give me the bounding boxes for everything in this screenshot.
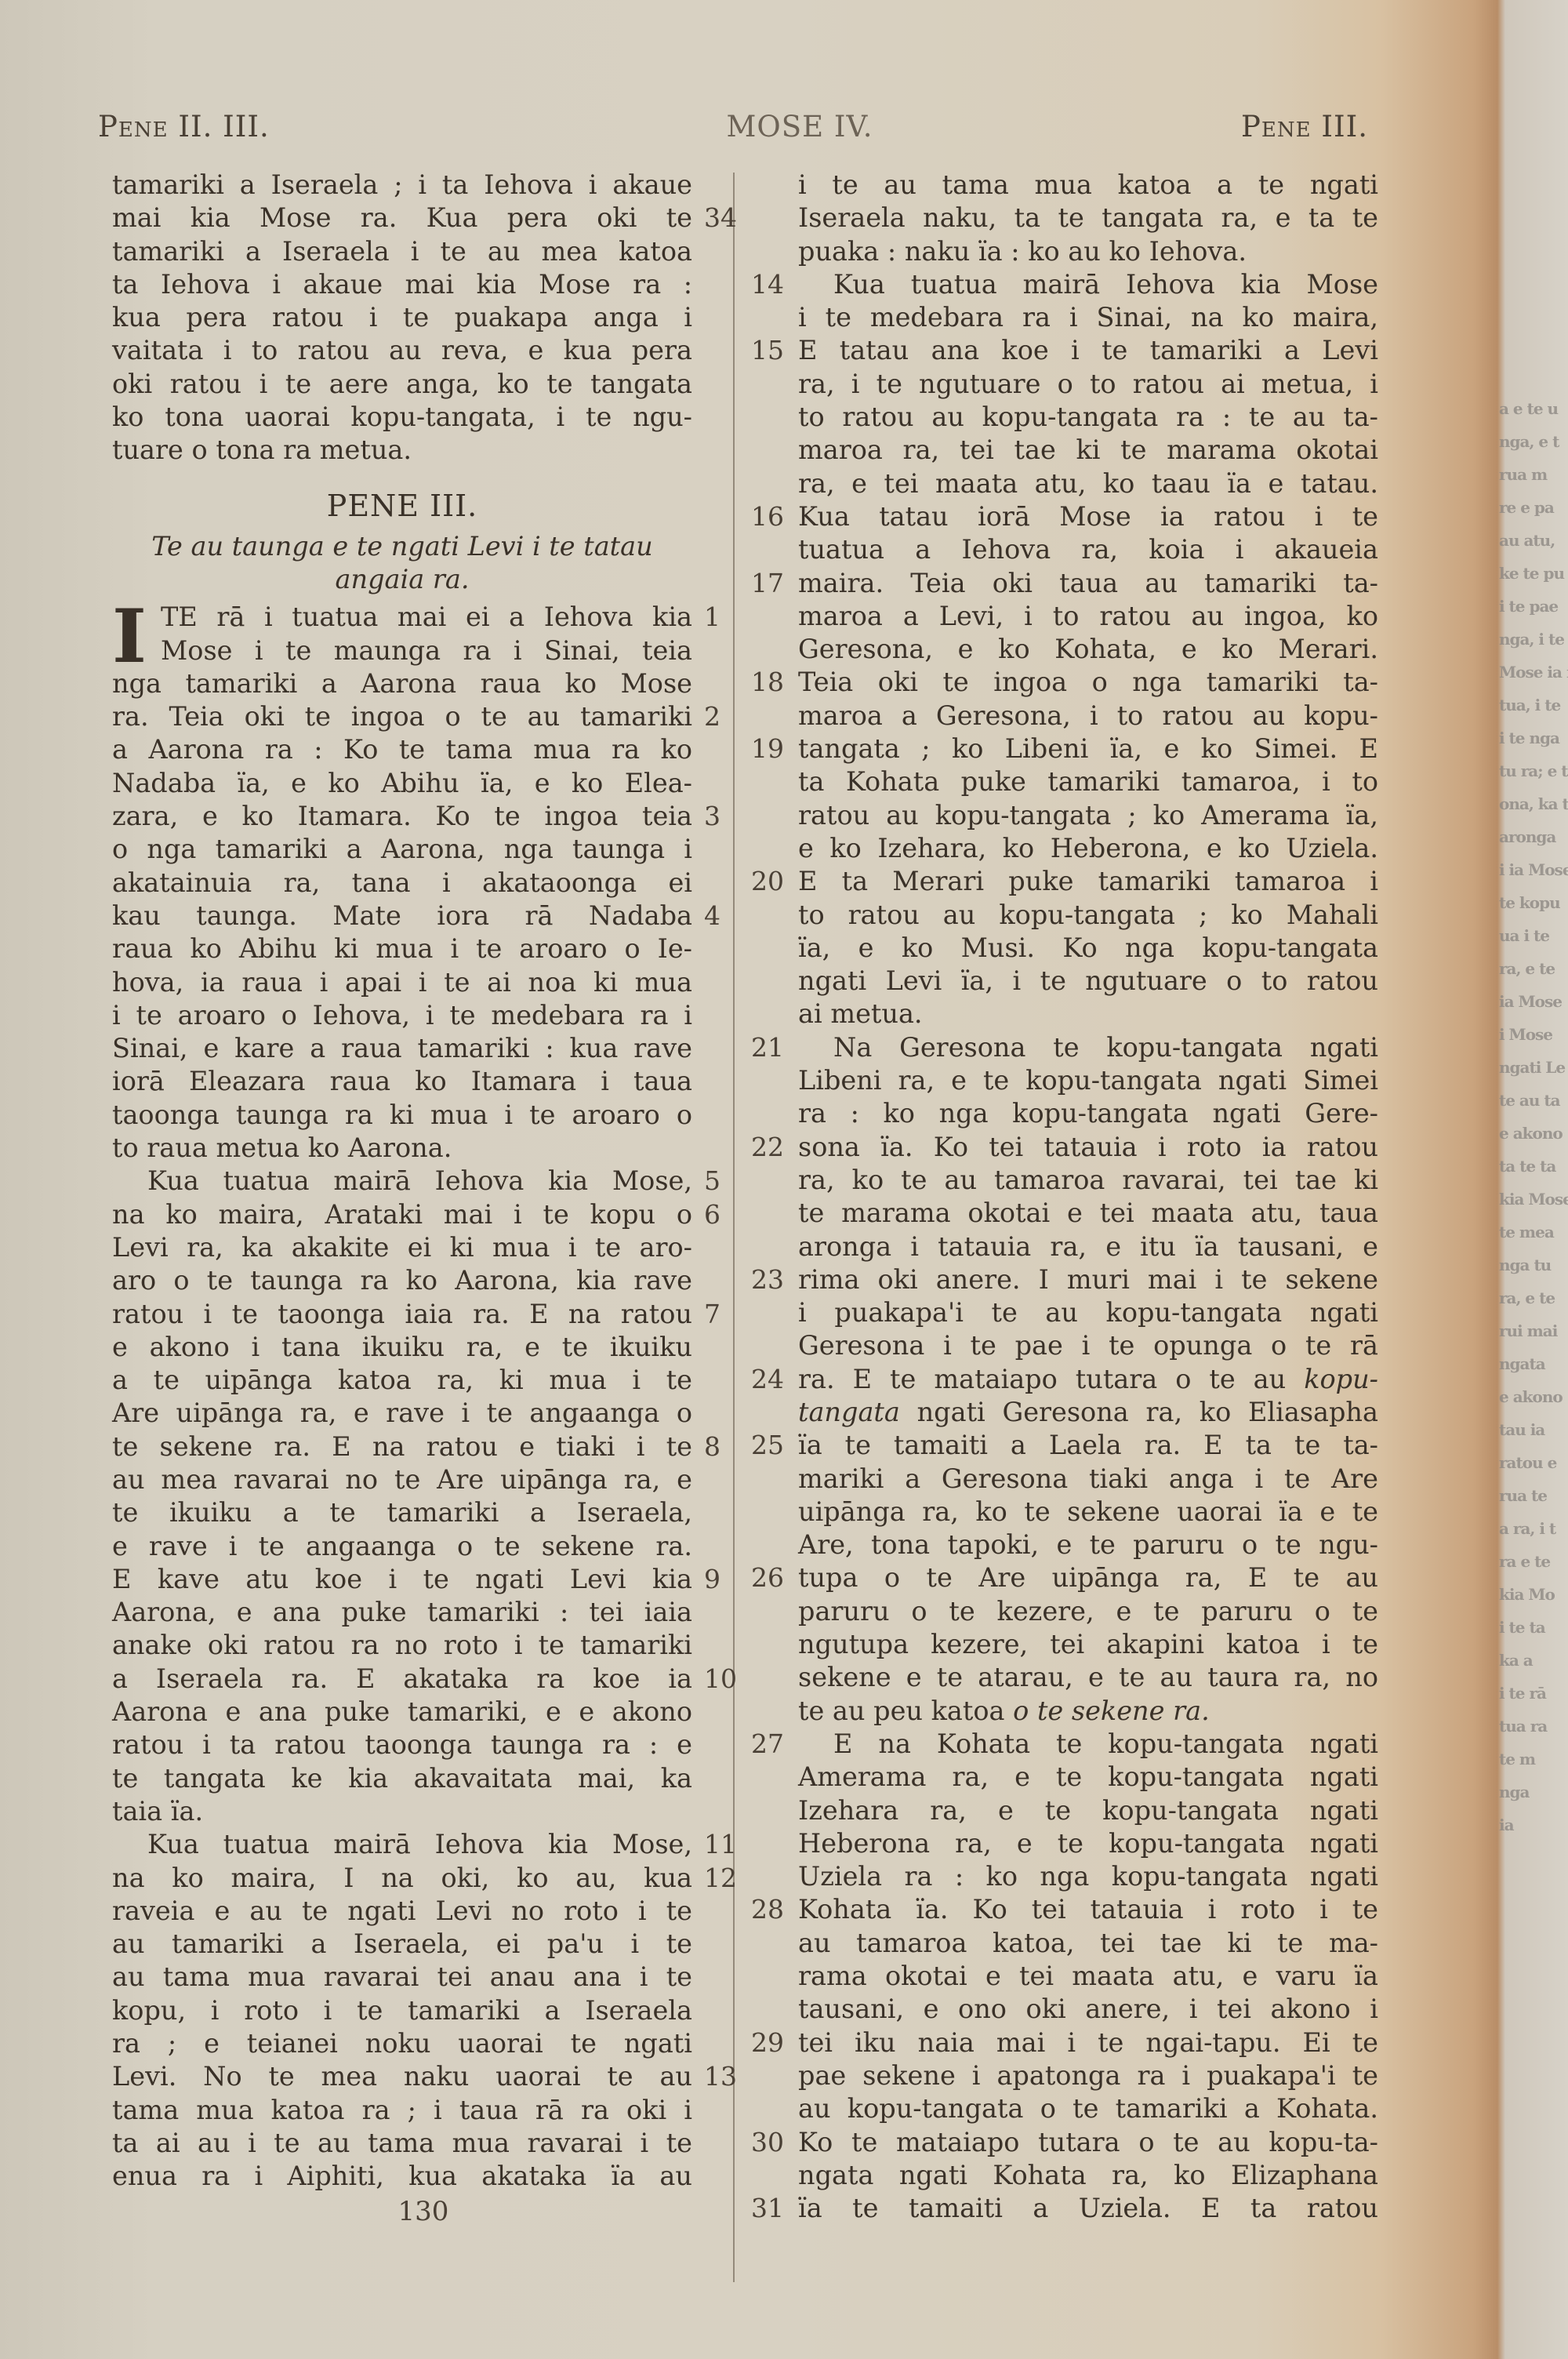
line-text: tuare o tona ra metua.: [112, 434, 412, 465]
text-line: enua ra i Aiphiti, kua akataka ïa au: [112, 2160, 692, 2193]
line-text: ratou au kopu-tangata ; ko Amerama ïa,: [798, 800, 1378, 831]
line-text: maroa a Levi, i to ratou au ingoa, ko: [798, 601, 1378, 631]
line-text: ai metua.: [798, 998, 923, 1029]
line-text: te ikuiku a te tamariki a Iseraela,: [112, 1497, 692, 1528]
text-line: ai metua.: [798, 998, 1378, 1030]
bleed-text-fragment: nga, e t: [1499, 425, 1568, 458]
line-text: ngata ngati Kohata ra, ko Elizaphana: [798, 2160, 1378, 2190]
verse-number: 26: [751, 1561, 784, 1594]
line-text: taia ïa.: [112, 1796, 203, 1826]
text-line: ta Iehova i akaue mai kia Mose ra :: [112, 268, 692, 301]
text-line: taia ïa.: [112, 1795, 692, 1828]
line-text: maira. Teia oki taua au tamariki ta-: [798, 568, 1378, 598]
line-text: pae sekene i apatonga ra i puakapa'i te: [798, 2060, 1378, 2091]
running-head-book-title: MOSE IV.: [643, 110, 956, 149]
text-line: raua ko Abihu ki mua i te aroaro o Ie-: [112, 932, 692, 965]
bleed-text-fragment: e akono: [1499, 1380, 1568, 1413]
line-text: Ko te mataiapo tutara o te au kopu-ta-: [798, 2127, 1378, 2157]
text-line: tuare o tona ra metua.: [112, 434, 692, 467]
text-line: au tama mua ravarai tei anau ana i te: [112, 1961, 692, 1994]
line-text: Geresona, e ko Kohata, e ko Merari.: [798, 634, 1378, 664]
text-line: i te medebara ra i Sinai, na ko maira,: [798, 301, 1378, 334]
line-text: Levi ra, ka akakite ei ki mua i te aro-: [112, 1232, 692, 1263]
bleed-text-fragment: i Mose: [1499, 1018, 1568, 1051]
text-line: Kua tuatua mairā Iehova kia Mose14: [798, 268, 1378, 301]
text-line: Ko te mataiapo tutara o te au kopu-ta-30: [798, 2126, 1378, 2159]
line-text: te tangata ke kia akavaitata mai, ka: [112, 1763, 692, 1794]
line-text: akatainuia ra, tana i akataoonga ei: [112, 867, 692, 898]
line-text: ra. E te mataiapo tutara o te au kopu-: [798, 1364, 1378, 1394]
text-line: a Iseraela ra. E akataka ra koe ia10: [112, 1663, 692, 1696]
line-text: tamariki a Iseraela i te au mea katoa: [112, 236, 692, 267]
text-line: aronga i tatauia ra, e itu ïa tausani, e: [798, 1230, 1378, 1263]
line-text: taoonga taunga ra ki mua i te aroaro o: [112, 1100, 692, 1130]
line-text: paruru o te kezere, e te paruru o te: [798, 1596, 1378, 1627]
line-text: na ko maira, Arataki mai i te kopu o: [112, 1199, 692, 1230]
line-text: Nadaba ïa, e ko Abihu ïa, e ko Elea-: [112, 768, 692, 798]
text-line: akatainuia ra, tana i akataoonga ei: [112, 867, 692, 900]
line-text: maroa a Geresona, i to ratou au kopu-: [798, 700, 1378, 731]
bleed-text-fragment: te m: [1499, 1743, 1568, 1776]
line-text: ngutupa kezere, tei akapini katoa i te: [798, 1629, 1378, 1659]
bleed-text-fragment: kia Mose: [1499, 1183, 1568, 1216]
line-text: anake oki ratou ra no roto i te tamariki: [112, 1630, 692, 1660]
line-text: oki ratou i te aere anga, ko te tangata: [112, 369, 692, 399]
text-line: Kohata ïa. Ko tei tatauia i roto i te28: [798, 1893, 1378, 1926]
bleed-text-fragment: rua m: [1499, 458, 1568, 491]
bleed-text-fragment: ratou e: [1499, 1446, 1568, 1479]
line-text: uipānga ra, ko te sekene uaorai ïa e te: [798, 1496, 1378, 1527]
text-line: puaka : naku ïa : ko au ko Iehova.: [798, 235, 1378, 268]
line-text: tausani, e ono oki anere, i tei akono i: [798, 1994, 1378, 2024]
text-line: te au peu katoa o te sekene ra.: [798, 1695, 1378, 1728]
line-text: tamariki a Iseraela ; i ta Iehova i akau…: [112, 169, 692, 200]
line-text: kau taunga. Mate iora rā Nadaba: [112, 900, 692, 931]
line-text: aro o te taunga ra ko Aarona, kia rave: [112, 1265, 692, 1296]
text-line: Heberona ra, e te kopu-tangata ngati: [798, 1827, 1378, 1860]
bleed-text-fragment: tau ia: [1499, 1413, 1568, 1446]
text-line: au tamaroa katoa, tei tae ki te ma-: [798, 1927, 1378, 1960]
text-line: ra, e tei maata atu, ko taau ïa e tatau.: [798, 467, 1378, 500]
line-text: hova, ia raua i apai i te ai noa ki mua: [112, 967, 692, 998]
text-line: E ta Merari puke tamariki tamaroa i20: [798, 865, 1378, 898]
text-line: Are uipānga ra, e rave i te angaanga o: [112, 1397, 692, 1430]
text-line: E na Kohata te kopu-tangata ngati27: [798, 1728, 1378, 1761]
line-text: E kave atu koe i te ngati Levi kia: [112, 1564, 692, 1594]
running-head-left: Pene II. III.: [98, 110, 270, 149]
verse-number: 24: [751, 1363, 784, 1396]
text-line: ïa te tamaiti a Laela ra. E ta te ta-25: [798, 1429, 1378, 1462]
bleed-text-fragment: i te rā: [1499, 1677, 1568, 1710]
text-line: te ikuiku a te tamariki a Iseraela,: [112, 1496, 692, 1529]
line-text: E na Kohata te kopu-tangata ngati: [833, 1728, 1378, 1759]
text-line: Na Geresona te kopu-tangata ngati21: [798, 1031, 1378, 1064]
text-line: vaitata i to ratou au reva, e kua pera: [112, 334, 692, 367]
line-text: raua ko Abihu ki mua i te aroaro o Ie-: [112, 933, 692, 964]
line-text: kua pera ratou i te puakapa anga i: [112, 302, 692, 333]
bleed-text-fragment: ra, e te: [1499, 1281, 1568, 1314]
verse-number: 22: [751, 1131, 784, 1164]
text-line: na ko maira, I na oki, ko au, kua12: [112, 1862, 692, 1895]
bleed-text-fragment: i te ta: [1499, 1611, 1568, 1644]
text-line: ra, ko te au tamaroa ravarai, tei tae ki: [798, 1164, 1378, 1197]
page-number: 130: [384, 2196, 463, 2227]
line-text: aronga i tatauia ra, e itu ïa tausani, e: [798, 1231, 1378, 1262]
line-text: Sinai, e kare a raua tamariki : kua rave: [112, 1033, 692, 1063]
text-line: ra ; e teianei noku uaorai te ngati: [112, 2027, 692, 2060]
line-text: Kua tuatua mairā Iehova kia Mose: [833, 269, 1378, 300]
bleed-text-fragment: ta te ta: [1499, 1150, 1568, 1183]
text-line: ngati Levi ïa, i te ngutuare o to ratou: [798, 965, 1378, 998]
book-page: Pene II. III. MOSE IV. Pene III. tamarik…: [0, 0, 1568, 2359]
text-line: e akono i tana ikuiku ra, e te ikuiku: [112, 1331, 692, 1364]
line-text: ra. Teia oki te ingoa o te au tamariki: [112, 701, 692, 732]
text-line: tangata ngati Geresona ra, ko Eliasapha: [798, 1396, 1378, 1429]
text-line: E tatau ana koe i te tamariki a Levi15: [798, 334, 1378, 367]
text-line: Nadaba ïa, e ko Abihu ïa, e ko Elea-: [112, 767, 692, 800]
line-text: a Aarona ra : Ko te tama mua ra ko: [112, 734, 692, 765]
verse-number: 25: [751, 1429, 784, 1462]
line-text: Kua tuatua mairā Iehova kia Mose,: [147, 1165, 692, 1196]
bleed-text-fragment: ia Mose: [1499, 985, 1568, 1018]
text-line: pae sekene i apatonga ra i puakapa'i te: [798, 2059, 1378, 2092]
line-text: vaitata i to ratou au reva, e kua pera: [112, 335, 692, 365]
text-line: ko tona uaorai kopu-tangata, i te ngu-: [112, 401, 692, 434]
bleed-text-fragment: rui mai: [1499, 1314, 1568, 1347]
text-line: Geresona, e ko Kohata, e ko Merari.: [798, 633, 1378, 666]
bleed-text-fragment: tua, i te: [1499, 689, 1568, 722]
bleed-text-fragment: te au ta: [1499, 1084, 1568, 1117]
text-line: na ko maira, Arataki mai i te kopu o6: [112, 1198, 692, 1231]
line-text: rama okotai e tei maata atu, e varu ïa: [798, 1961, 1378, 1991]
text-line: maroa ra, tei tae ki te marama okotai: [798, 434, 1378, 467]
line-text: ïa te tamaiti a Laela ra. E ta te ta-: [798, 1430, 1378, 1460]
line-text: maroa ra, tei tae ki te marama okotai: [798, 434, 1378, 465]
line-text: to ratou au kopu-tangata ; ko Mahali: [798, 900, 1378, 930]
text-line: ra : ko nga kopu-tangata ngati Gere-: [798, 1097, 1378, 1130]
line-text: puaka : naku ïa : ko au ko Iehova.: [798, 236, 1247, 267]
text-line: tamariki a Iseraela i te au mea katoa: [112, 235, 692, 268]
text-line: ngutupa kezere, tei akapini katoa i te: [798, 1628, 1378, 1661]
line-text: ta Iehova i akaue mai kia Mose ra :: [112, 269, 692, 300]
bleed-text-fragment: ngati Le: [1499, 1051, 1568, 1084]
text-line: Aarona, e ana puke tamariki : tei iaia: [112, 1596, 692, 1629]
text-line: a te uipānga katoa ra, ki mua i te: [112, 1364, 692, 1397]
text-line: e rave i te angaanga o te sekene ra.: [112, 1530, 692, 1563]
text-line: hova, ia raua i apai i te ai noa ki mua: [112, 966, 692, 999]
line-text: Geresona i te pae i te opunga o te rā: [798, 1330, 1378, 1361]
text-line: Iseraela naku, ta te tangata ra, e ta te: [798, 202, 1378, 234]
line-text: na ko maira, I na oki, ko au, kua: [112, 1863, 692, 1893]
text-line: Geresona i te pae i te opunga o te rā: [798, 1329, 1378, 1362]
text-line: raveia e au te ngati Levi no roto i te: [112, 1895, 692, 1928]
text-line: Levi ra, ka akakite ei ki mua i te aro-: [112, 1231, 692, 1264]
text-line: uipānga ra, ko te sekene uaorai ïa e te: [798, 1496, 1378, 1528]
line-text: Aarona, e ana puke tamariki : tei iaia: [112, 1597, 692, 1627]
text-line: ïa, e ko Musi. Ko nga kopu-tangata: [798, 932, 1378, 965]
text-line: e ko Izehara, ko Heberona, e ko Uziela.: [798, 832, 1378, 865]
line-text: to ratou au kopu-tangata ra : te au ta-: [798, 402, 1378, 432]
text-line: sona ïa. Ko tei tatauia i roto ia ratou2…: [798, 1131, 1378, 1164]
line-text: ratou i te taoonga iaia ra. E na ratou: [112, 1299, 692, 1329]
line-text: kopu, i roto i te tamariki a Iseraela: [112, 1995, 692, 2026]
text-line: Kua tuatua mairā Iehova kia Mose,5: [112, 1165, 692, 1198]
line-text: au kopu-tangata o te tamariki a Kohata.: [798, 2093, 1378, 2124]
bleed-text-fragment: nga tu: [1499, 1249, 1568, 1281]
verse-number: 20: [751, 865, 784, 898]
text-line: maroa a Levi, i to ratou au ingoa, ko: [798, 600, 1378, 633]
line-text: ra ; e teianei noku uaorai te ngati: [112, 2028, 692, 2059]
line-text: ra, e tei maata atu, ko taau ïa e tatau.: [798, 468, 1378, 499]
bleed-text-fragment: rua te: [1499, 1479, 1568, 1512]
bleed-text-fragment: ra e te: [1499, 1545, 1568, 1578]
text-line: TE rā i tuatua mai ei a Iehova kia1: [112, 601, 692, 634]
text-line: kua pera ratou i te puakapa anga i: [112, 301, 692, 334]
text-line: i te au tama mua katoa a te ngati: [798, 169, 1378, 202]
line-text: Aarona e ana puke tamariki, e e akono: [112, 1696, 692, 1727]
line-text: ra : ko nga kopu-tangata ngati Gere-: [798, 1098, 1378, 1129]
column-divider: [733, 173, 735, 2282]
text-line: Aarona e ana puke tamariki, e e akono: [112, 1696, 692, 1728]
verse-number: 13: [704, 2060, 737, 2093]
text-line: Sinai, e kare a raua tamariki : kua rave: [112, 1032, 692, 1065]
text-line: te sekene ra. E na ratou e tiaki i te8: [112, 1430, 692, 1463]
text-line: ta ai au i te au tama mua ravarai i te: [112, 2127, 692, 2160]
verse-number: 5: [704, 1165, 720, 1198]
text-line: a Aarona ra : Ko te tama mua ra ko: [112, 733, 692, 766]
line-text: Na Geresona te kopu-tangata ngati: [833, 1032, 1378, 1063]
text-line: ïa te tamaiti a Uziela. E ta ratou31: [798, 2192, 1378, 2225]
verse-number: 14: [751, 268, 784, 301]
line-text: i te medebara ra i Sinai, na ko maira,: [798, 302, 1378, 333]
text-line: to raua metua ko Aarona.: [112, 1132, 692, 1165]
line-text: ra, i te ngutuare o to ratou ai metua, i: [798, 369, 1378, 399]
bleed-text-fragment: ua i te: [1499, 919, 1568, 952]
text-line: mai kia Mose ra. Kua pera oki te34: [112, 202, 692, 234]
line-text: TE rā i tuatua mai ei a Iehova kia: [161, 602, 692, 632]
line-text: raveia e au te ngati Levi no roto i te: [112, 1896, 692, 1926]
bleed-text-fragment: ke te pu: [1499, 557, 1568, 590]
line-text: tangata ; ko Libeni ïa, e ko Simei. E: [798, 733, 1378, 764]
line-text: tama mua katoa ra ; i taua rā ra oki i: [112, 2095, 692, 2125]
text-line: tei iku naia mai i te ngai-tapu. Ei te29: [798, 2026, 1378, 2059]
text-line: au tamariki a Iseraela, ei pa'u i te: [112, 1928, 692, 1961]
text-line: oki ratou i te aere anga, ko te tangata: [112, 368, 692, 401]
verse-number: 28: [751, 1893, 784, 1926]
text-line: ra. E te mataiapo tutara o te au kopu-24: [798, 1363, 1378, 1396]
line-text: i te au tama mua katoa a te ngati: [798, 169, 1378, 200]
chapter-summary-line-2: angaia ra.: [112, 563, 692, 596]
text-line: Teia oki te ingoa o nga tamariki ta-18: [798, 666, 1378, 699]
line-text: rima oki anere. I muri mai i te sekene: [798, 1264, 1378, 1295]
line-text: e rave i te angaanga o te sekene ra.: [112, 1531, 692, 1561]
text-line: au mea ravarai no te Are uipānga ra, e: [112, 1463, 692, 1496]
running-head-left-text: Pene II. III.: [98, 110, 270, 144]
text-line: paruru o te kezere, e te paruru o te: [798, 1595, 1378, 1628]
line-text: Kua tatau iorā Mose ia ratou i te: [798, 501, 1378, 532]
verse-number: 27: [751, 1728, 784, 1761]
text-line: te marama okotai e tei maata atu, taua: [798, 1197, 1378, 1230]
text-line: Mose i te maunga ra i Sinai, teia: [112, 634, 692, 667]
line-text: to raua metua ko Aarona.: [112, 1132, 452, 1163]
line-text: Amerama ra, e te kopu-tangata ngati: [798, 1761, 1378, 1792]
text-line: kopu, i roto i te tamariki a Iseraela: [112, 1994, 692, 2027]
bleed-text-fragment: au atu,: [1499, 524, 1568, 557]
bleed-text-fragment: ka a: [1499, 1644, 1568, 1677]
bleed-text-fragment: a e te u: [1499, 392, 1568, 425]
line-text: sekene e te atarau, e te au taura ra, no: [798, 1662, 1378, 1692]
line-text: Levi. No te mea naku uaorai te au: [112, 2061, 692, 2092]
verse-number: 23: [751, 1263, 784, 1296]
text-line: Levi. No te mea naku uaorai te au13: [112, 2060, 692, 2093]
bleed-text-fragment: e akono: [1499, 1117, 1568, 1150]
line-text: ko tona uaorai kopu-tangata, i te ngu-: [112, 402, 692, 432]
text-line: tausani, e ono oki anere, i tei akono i: [798, 1993, 1378, 2026]
chapter-heading: PENE III.: [112, 482, 692, 530]
line-text: au tama mua ravarai tei anau ana i te: [112, 1961, 692, 1992]
verse-number: 6: [704, 1198, 720, 1231]
line-text: enua ra i Aiphiti, kua akataka ïa au: [112, 2161, 692, 2191]
line-text: tupa o te Are uipānga ra, E te au: [798, 1562, 1378, 1593]
bleed-text-fragment: re e pa: [1499, 491, 1568, 524]
chapter-2-ending: tamariki a Iseraela ; i ta Iehova i akau…: [112, 169, 692, 467]
running-head-right: Pene III.: [1241, 110, 1368, 149]
verse-number: 17: [751, 567, 784, 600]
text-line: rama okotai e tei maata atu, e varu ïa: [798, 1960, 1378, 1993]
text-line: i puakapa'i te au kopu-tangata ngati: [798, 1296, 1378, 1329]
verse-number: 31: [751, 2192, 784, 2225]
line-text: nga tamariki a Aarona raua ko Mose: [112, 668, 692, 699]
bleed-text-fragment: aronga: [1499, 820, 1568, 853]
adjacent-page-edge: a e te unga, e trua mre e paau atu,ke te…: [1499, 392, 1568, 2359]
bleed-text-fragment: tua ra: [1499, 1710, 1568, 1743]
bleed-text-fragment: nga: [1499, 1776, 1568, 1808]
line-text: tangata ngati Geresona ra, ko Eliasapha: [798, 1397, 1378, 1427]
line-text: a te uipānga katoa ra, ki mua i te: [112, 1365, 692, 1395]
text-line: ratou i ta ratou taoonga taunga ra : e: [112, 1728, 692, 1761]
line-text: te marama okotai e tei maata atu, taua: [798, 1198, 1378, 1228]
left-column: tamariki a Iseraela ; i ta Iehova i akau…: [112, 169, 692, 2194]
verse-number: 21: [751, 1031, 784, 1064]
line-text: ratou i ta ratou taoonga taunga ra : e: [112, 1729, 692, 1760]
line-text: Are uipānga ra, e rave i te angaanga o: [112, 1398, 692, 1428]
text-line: tama mua katoa ra ; i taua rā ra oki i: [112, 2094, 692, 2127]
text-line: anake oki ratou ra no roto i te tamariki: [112, 1629, 692, 1662]
text-line: o nga tamariki a Aarona, nga taunga i: [112, 833, 692, 866]
bleed-text-fragment: i te pae: [1499, 590, 1568, 623]
line-text: Kohata ïa. Ko tei tatauia i roto i te: [798, 1894, 1378, 1925]
text-line: Kua tatau iorā Mose ia ratou i te16: [798, 500, 1378, 533]
line-text: a Iseraela ra. E akataka ra koe ia: [112, 1663, 692, 1694]
right-column: i te au tama mua katoa a te ngatiIserael…: [798, 169, 1378, 2225]
verse-number: 10: [704, 1663, 737, 1696]
text-line: zara, e ko Itamara. Ko te ingoa teia3: [112, 800, 692, 833]
text-line: taoonga taunga ra ki mua i te aroaro o: [112, 1099, 692, 1132]
line-text: Uziela ra : ko nga kopu-tangata ngati: [798, 1861, 1378, 1892]
bleed-text-fragment: ra, e te: [1499, 952, 1568, 985]
verse-number: 7: [704, 1298, 720, 1331]
bleed-text-fragment: te mea: [1499, 1216, 1568, 1249]
line-text: Iseraela naku, ta te tangata ra, e ta te: [798, 202, 1378, 233]
text-line: tuatua a Iehova ra, koia i akaueia: [798, 533, 1378, 566]
verse-number: 34: [704, 202, 737, 234]
text-line: ratou i te taoonga iaia ra. E na ratou7: [112, 1298, 692, 1331]
text-line: ngata ngati Kohata ra, ko Elizaphana: [798, 2159, 1378, 2192]
line-text: Teia oki te ingoa o nga tamariki ta-: [798, 667, 1378, 697]
text-line: Izehara ra, e te kopu-tangata ngati: [798, 1794, 1378, 1827]
bleed-text-fragment: tu ra; e te: [1499, 754, 1568, 787]
text-line: Uziela ra : ko nga kopu-tangata ngati: [798, 1860, 1378, 1893]
bleed-text-fragment: a ra, i t: [1499, 1512, 1568, 1545]
text-line: Are, tona tapoki, e te paruru o te ngu-: [798, 1528, 1378, 1561]
line-text: iorā Eleazara raua ko Itamara i taua: [112, 1066, 692, 1096]
line-text: Kua tuatua mairā Iehova kia Mose,: [147, 1829, 692, 1859]
line-text: ngati Levi ïa, i te ngutuare o to ratou: [798, 965, 1378, 996]
chapter-summary-line-1: Te au taunga e te ngati Levi i te tatau: [112, 530, 692, 563]
line-text: sona ïa. Ko tei tatauia i roto ia ratou: [798, 1132, 1378, 1162]
text-line: kau taunga. Mate iora rā Nadaba4: [112, 900, 692, 932]
text-line: to ratou au kopu-tangata ra : te au ta-: [798, 401, 1378, 434]
bleed-text-fragment: ona, ka t: [1499, 787, 1568, 820]
line-text: E ta Merari puke tamariki tamaroa i: [798, 866, 1378, 896]
verse-number: 19: [751, 732, 784, 765]
bleed-text-fragment: ia: [1499, 1808, 1568, 1841]
line-text: tuatua a Iehova ra, koia i akaueia: [798, 534, 1378, 565]
line-text: e ko Izehara, ko Heberona, e ko Uziela.: [798, 833, 1378, 863]
text-line: nga tamariki a Aarona raua ko Mose: [112, 667, 692, 700]
line-text: te au peu katoa o te sekene ra.: [798, 1696, 1210, 1726]
line-text: au tamaroa katoa, tei tae ki te ma-: [798, 1928, 1378, 1958]
verse-number: 3: [704, 800, 720, 833]
verse-number: 30: [751, 2126, 784, 2159]
verse-number: 16: [751, 500, 784, 533]
verse-number: 8: [704, 1430, 720, 1463]
line-text: Mose i te maunga ra i Sinai, teia: [161, 635, 692, 666]
line-text: Libeni ra, e te kopu-tangata ngati Simei: [798, 1065, 1378, 1096]
text-line: maroa a Geresona, i to ratou au kopu-: [798, 700, 1378, 732]
text-line: te tangata ke kia akavaitata mai, ka: [112, 1762, 692, 1795]
text-line: ratou au kopu-tangata ; ko Amerama ïa,: [798, 799, 1378, 832]
line-text: ïa te tamaiti a Uziela. E ta ratou: [798, 2193, 1378, 2223]
line-text: mariki a Geresona tiaki anga i te Are: [798, 1463, 1378, 1494]
text-line: ra. Teia oki te ingoa o te au tamariki2: [112, 700, 692, 733]
text-line: i te aroaro o Iehova, i te medebara ra i: [112, 999, 692, 1032]
verse-number: 15: [751, 334, 784, 367]
verse-number: 18: [751, 666, 784, 699]
line-text: ta Kohata puke tamariki tamaroa, i to: [798, 766, 1378, 797]
text-line: Libeni ra, e te kopu-tangata ngati Simei: [798, 1064, 1378, 1097]
text-line: tangata ; ko Libeni ïa, e ko Simei. E19: [798, 732, 1378, 765]
line-text: zara, e ko Itamara. Ko te ingoa teia: [112, 801, 692, 831]
line-text: Heberona ra, e te kopu-tangata ngati: [798, 1828, 1378, 1859]
text-line: sekene e te atarau, e te au taura ra, no: [798, 1661, 1378, 1694]
text-line: mariki a Geresona tiaki anga i te Are: [798, 1463, 1378, 1496]
text-line: to ratou au kopu-tangata ; ko Mahali: [798, 899, 1378, 932]
verse-number: 1: [704, 601, 720, 634]
line-text: au tamariki a Iseraela, ei pa'u i te: [112, 1928, 692, 1959]
text-line: ta Kohata puke tamariki tamaroa, i to: [798, 765, 1378, 798]
line-text: tei iku naia mai i te ngai-tapu. Ei te: [798, 2027, 1378, 2058]
chapter-3-text: I TE rā i tuatua mai ei a Iehova kia1Mos…: [112, 601, 692, 2193]
line-text: mai kia Mose ra. Kua pera oki te: [112, 202, 692, 233]
text-line: aro o te taunga ra ko Aarona, kia rave: [112, 1264, 692, 1297]
text-line: au kopu-tangata o te tamariki a Kohata.: [798, 2092, 1378, 2125]
line-text: o nga tamariki a Aarona, nga taunga i: [112, 834, 692, 864]
line-text: i puakapa'i te au kopu-tangata ngati: [798, 1297, 1378, 1328]
bleed-text-fragment: kia Mo: [1499, 1578, 1568, 1611]
line-text: ïa, e ko Musi. Ko nga kopu-tangata: [798, 932, 1378, 963]
bleed-text-fragment: ngata: [1499, 1347, 1568, 1380]
